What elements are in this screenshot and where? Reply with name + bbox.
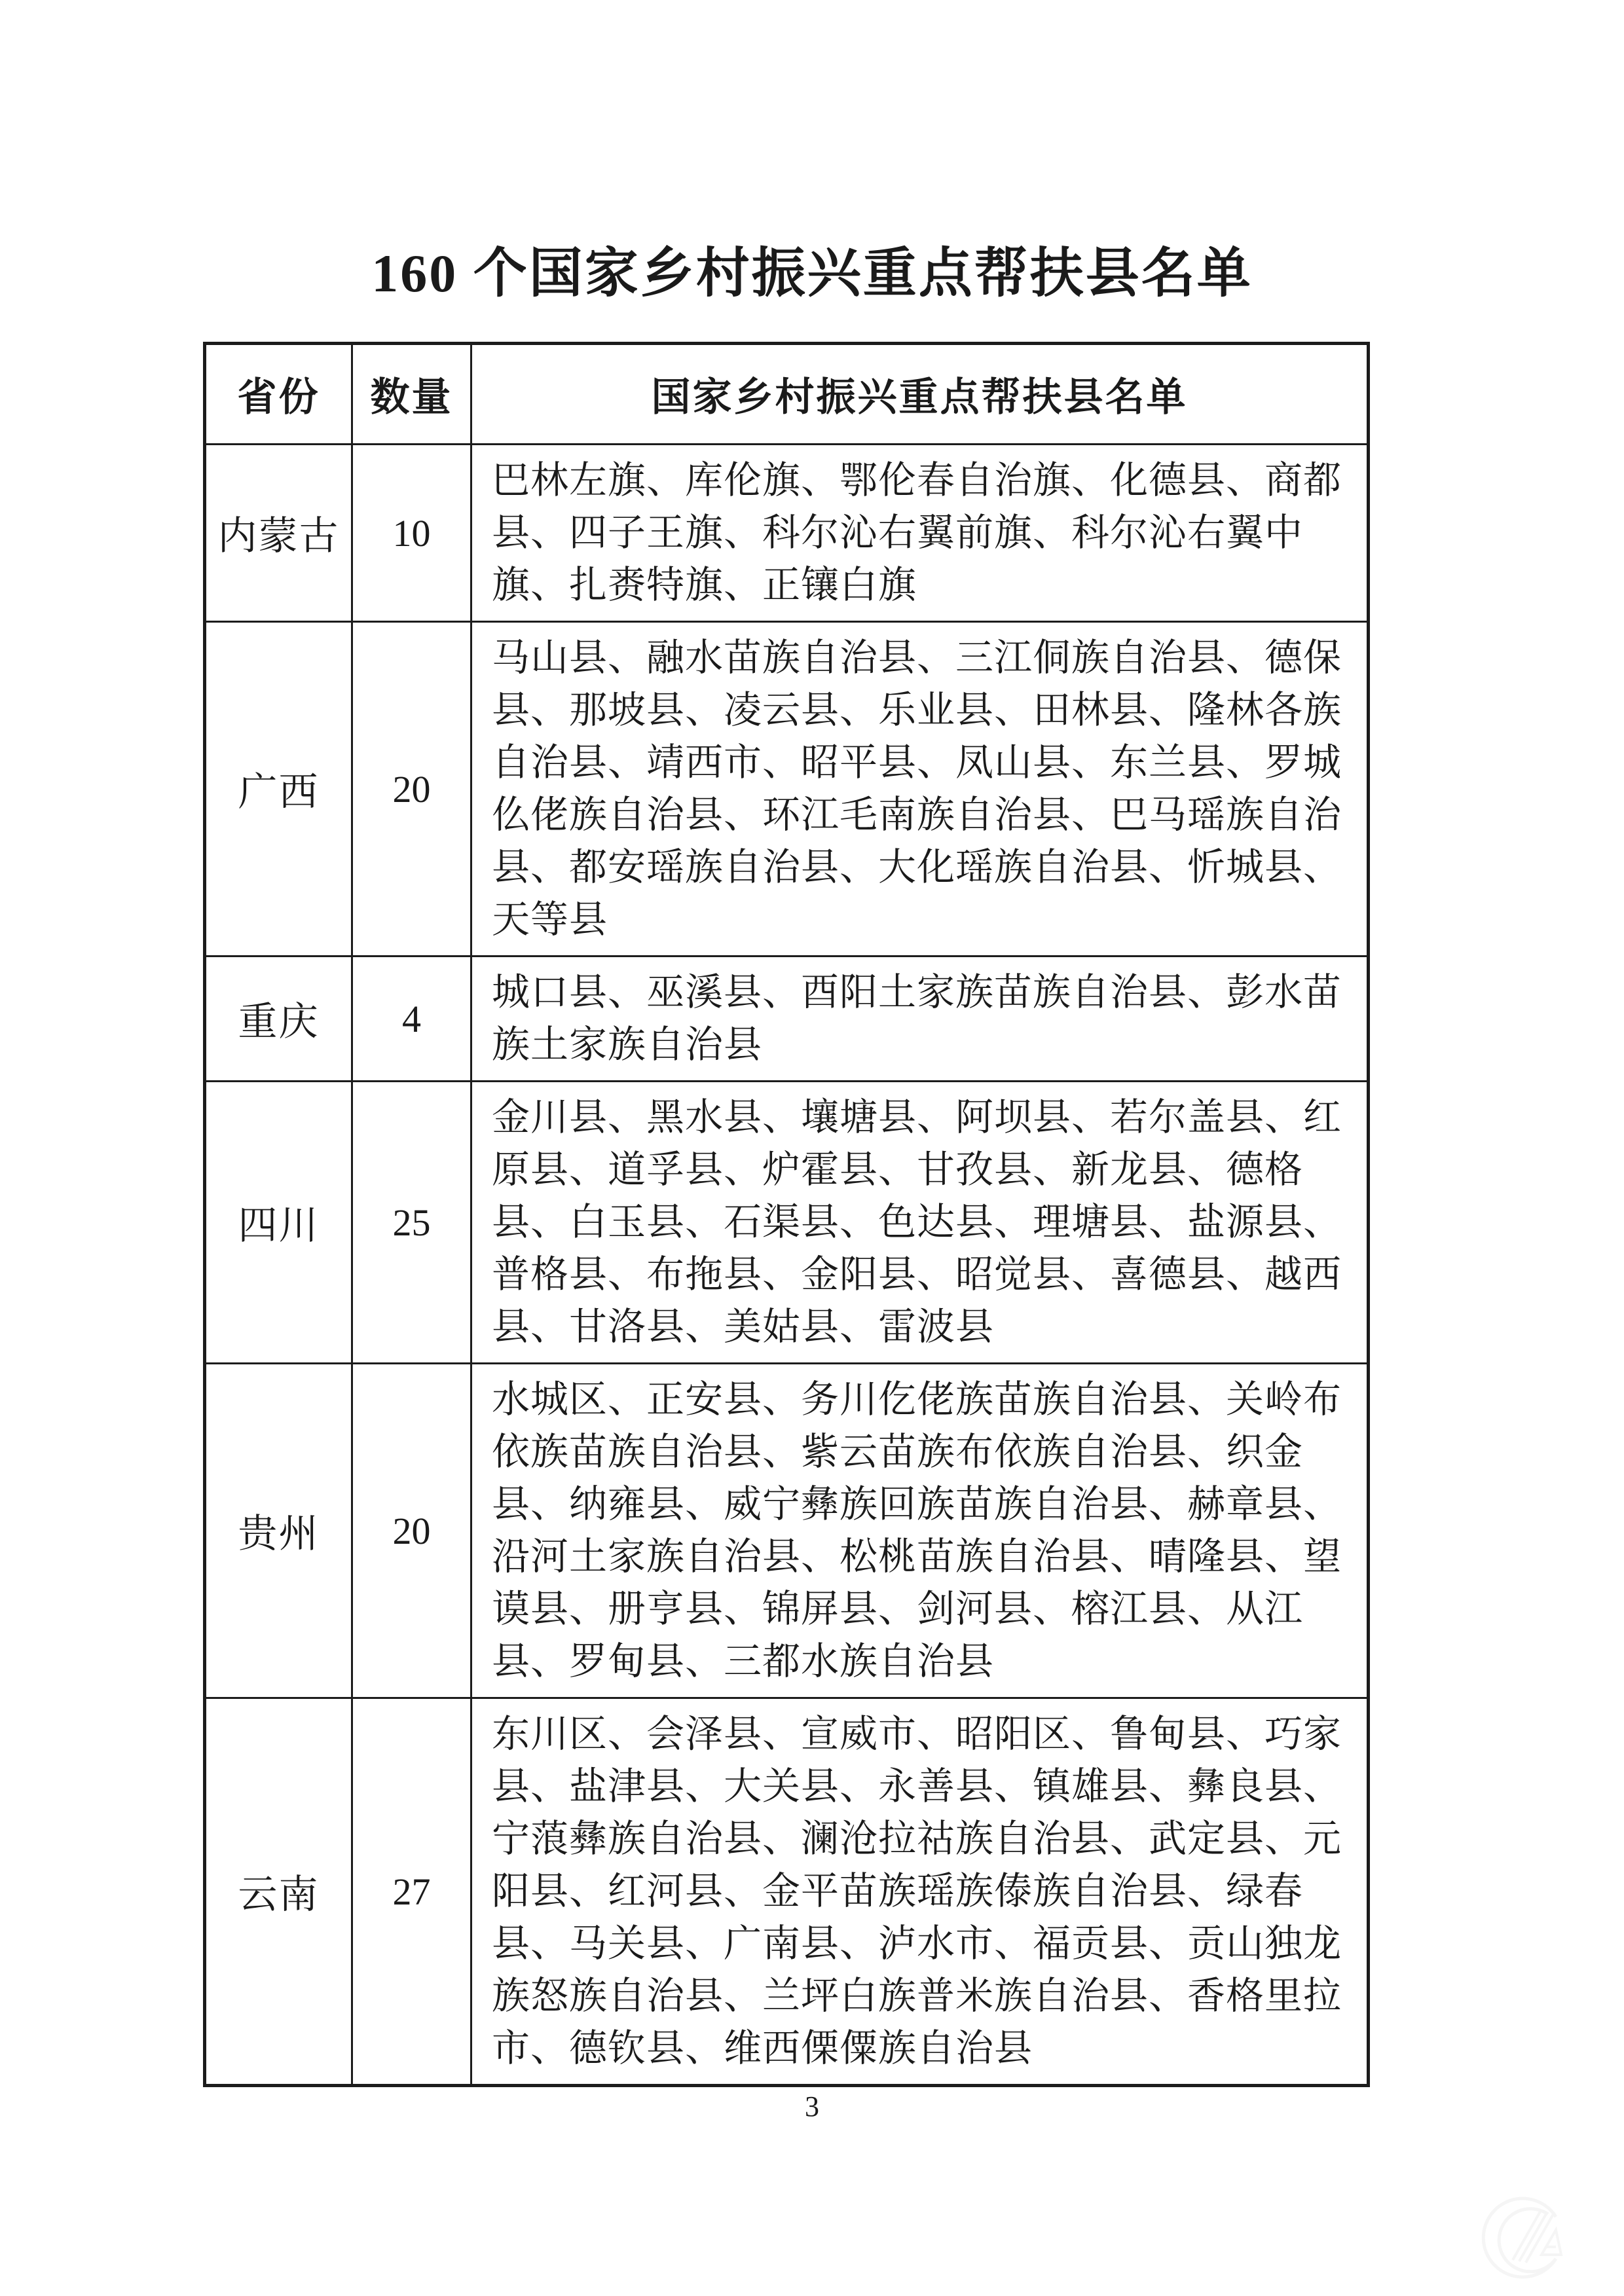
table-header-row: 省份 数量 国家乡村振兴重点帮扶县名单 [205, 344, 1369, 445]
province-cell: 四川 [205, 1082, 352, 1364]
counties-cell: 东川区、会泽县、宣威市、昭阳区、鲁甸县、巧家县、盐津县、大关县、永善县、镇雄县、… [471, 1698, 1369, 2086]
document-page: 160 个国家乡村振兴重点帮扶县名单 省份 数量 国家乡村振兴重点帮扶县名单 内… [0, 0, 1624, 2296]
count-cell: 20 [352, 622, 471, 957]
province-cell: 内蒙古 [205, 445, 352, 622]
count-cell: 4 [352, 957, 471, 1082]
province-cell: 云南 [205, 1698, 352, 2086]
counties-cell: 马山县、融水苗族自治县、三江侗族自治县、德保县、那坡县、凌云县、乐业县、田林县、… [471, 622, 1369, 957]
header-count: 数量 [352, 344, 471, 445]
counties-cell: 水城区、正安县、务川仡佬族苗族自治县、关岭布依族苗族自治县、紫云苗族布依族自治县… [471, 1364, 1369, 1698]
counties-cell: 城口县、巫溪县、酉阳土家族苗族自治县、彭水苗族土家族自治县 [471, 957, 1369, 1082]
table-row: 广西 20 马山县、融水苗族自治县、三江侗族自治县、德保县、那坡县、凌云县、乐业… [205, 622, 1369, 957]
table-row: 四川 25 金川县、黑水县、壤塘县、阿坝县、若尔盖县、红原县、道孚县、炉霍县、甘… [205, 1082, 1369, 1364]
table-row: 云南 27 东川区、会泽县、宣威市、昭阳区、鲁甸县、巧家县、盐津县、大关县、永善… [205, 1698, 1369, 2086]
header-province: 省份 [205, 344, 352, 445]
page-title: 160 个国家乡村振兴重点帮扶县名单 [0, 230, 1624, 307]
count-cell: 27 [352, 1698, 471, 2086]
province-cell: 重庆 [205, 957, 352, 1082]
header-counties: 国家乡村振兴重点帮扶县名单 [471, 344, 1369, 445]
province-cell: 贵州 [205, 1364, 352, 1698]
province-cell: 广西 [205, 622, 352, 957]
circular-logo-watermark-icon [1479, 2192, 1570, 2284]
count-cell: 25 [352, 1082, 471, 1364]
counties-cell: 金川县、黑水县、壤塘县、阿坝县、若尔盖县、红原县、道孚县、炉霍县、甘孜县、新龙县… [471, 1082, 1369, 1364]
county-table: 省份 数量 国家乡村振兴重点帮扶县名单 内蒙古 10 巴林左旗、库伦旗、鄂伦春自… [203, 342, 1370, 2087]
counties-cell: 巴林左旗、库伦旗、鄂伦春自治旗、化德县、商都县、四子王旗、科尔沁右翼前旗、科尔沁… [471, 445, 1369, 622]
table-row: 贵州 20 水城区、正安县、务川仡佬族苗族自治县、关岭布依族苗族自治县、紫云苗族… [205, 1364, 1369, 1698]
table-row: 内蒙古 10 巴林左旗、库伦旗、鄂伦春自治旗、化德县、商都县、四子王旗、科尔沁右… [205, 445, 1369, 622]
count-cell: 10 [352, 445, 471, 622]
table-row: 重庆 4 城口县、巫溪县、酉阳土家族苗族自治县、彭水苗族土家族自治县 [205, 957, 1369, 1082]
page-number: 3 [0, 2090, 1624, 2123]
count-cell: 20 [352, 1364, 471, 1698]
